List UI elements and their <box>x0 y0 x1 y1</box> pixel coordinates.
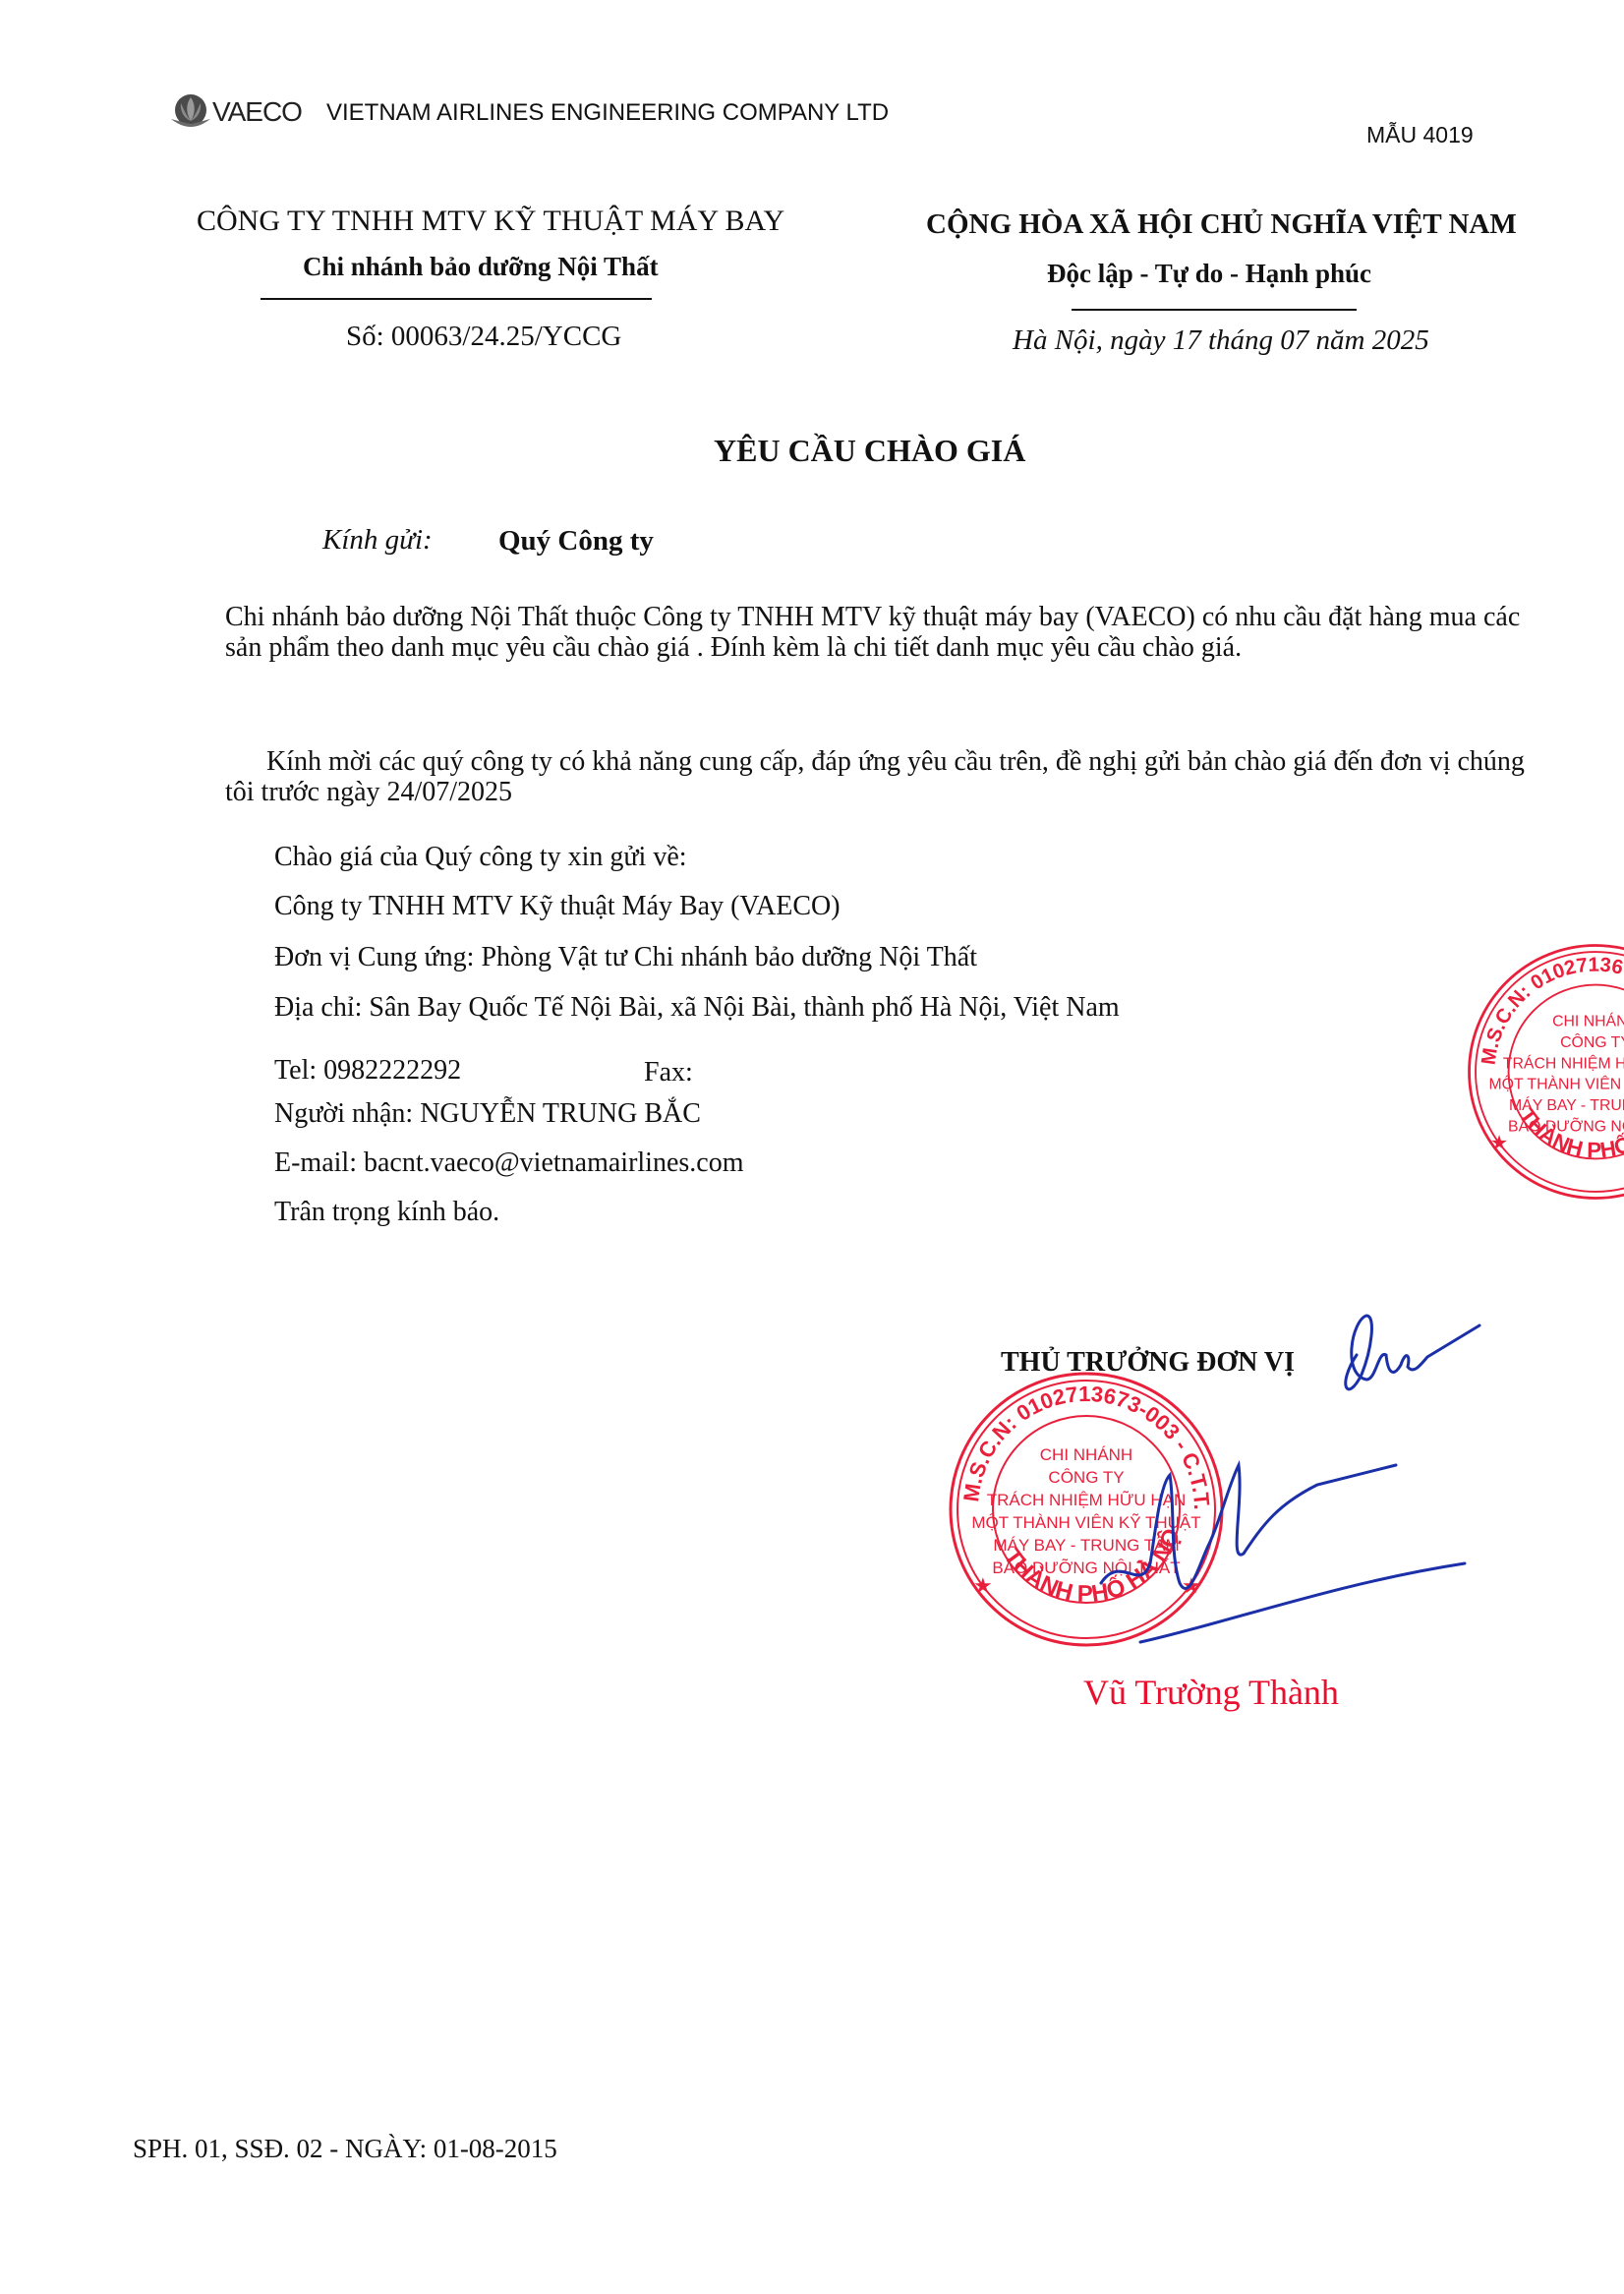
form-code: MẪU 4019 <box>1366 122 1474 148</box>
issuer-org-name: CÔNG TY TNHH MTV KỸ THUẬT MÁY BAY <box>197 205 784 238</box>
svg-text:BẢO DƯỠNG NỘI THẤT: BẢO DƯỠNG NỘI THẤT <box>1508 1116 1624 1136</box>
contact-intro: Chào giá của Quý công ty xin gửi về: <box>274 842 687 873</box>
svg-text:★: ★ <box>973 1573 993 1598</box>
closing-remark: Trân trọng kính báo. <box>274 1197 499 1228</box>
svg-text:MỘT THÀNH VIÊN KỸ THUẬT: MỘT THÀNH VIÊN KỸ THUẬT <box>1488 1074 1624 1093</box>
national-motto: Độc lập - Tự do - Hạnh phúc <box>1047 259 1371 289</box>
contact-department: Đơn vị Cung ứng: Phòng Vật tư Chi nhánh … <box>274 942 977 973</box>
salutation-label: Kính gửi: <box>322 524 433 557</box>
svg-text:CHI NHÁNH: CHI NHÁNH <box>1552 1011 1624 1029</box>
contact-fax: Fax: <box>644 1057 693 1088</box>
handwritten-signature-icon <box>1081 1445 1475 1652</box>
contact-recipient: Người nhận: NGUYỄN TRUNG BẮC <box>274 1098 701 1130</box>
contact-company: Công ty TNHH MTV Kỹ thuật Máy Bay (VAECO… <box>274 891 841 922</box>
contact-email[interactable]: E-mail: bacnt.vaeco@vietnamairlines.com <box>274 1147 744 1179</box>
svg-text:★: ★ <box>1490 1133 1508 1154</box>
contact-address: Địa chỉ: Sân Bay Quốc Tế Nội Bài, xã Nội… <box>274 992 1120 1024</box>
body-paragraph: Chi nhánh bảo dưỡng Nội Thất thuộc Công … <box>225 602 1533 663</box>
document-title: YÊU CẦU CHÀO GIÁ <box>714 433 1025 469</box>
body-paragraph: Kính mời các quý công ty có khả năng cun… <box>225 746 1533 807</box>
company-name-english: VIETNAM AIRLINES ENGINEERING COMPANY LTD <box>326 99 889 127</box>
national-title: CỘNG HÒA XÃ HỘI CHỦ NGHĨA VIỆT NAM <box>926 208 1517 241</box>
svg-text:TRÁCH NHIỆM HỮU HẠN: TRÁCH NHIỆM HỮU HẠN <box>1503 1052 1624 1072</box>
svg-text:MÁY BAY - TRUNG TÂM: MÁY BAY - TRUNG TÂM <box>1509 1095 1624 1114</box>
salutation-recipient: Quý Công ty <box>498 525 654 558</box>
footer-form-code: SPH. 01, SSĐ. 02 - NGÀY: 01-08-2015 <box>133 2134 557 2164</box>
document-number: Số: 00063/24.25/YCCG <box>346 321 621 353</box>
initials-signature-icon <box>1317 1296 1484 1404</box>
svg-text:CÔNG TY: CÔNG TY <box>1560 1032 1624 1051</box>
official-stamp-icon: M.S.C.N: 0102713673-003 - C.T.T.N.H.H TH… <box>1463 939 1624 1205</box>
place-and-date: Hà Nội, ngày 17 tháng 07 năm 2025 <box>1013 324 1429 357</box>
contact-phone: Tel: 0982222292 <box>274 1055 461 1087</box>
issuer-divider <box>261 298 652 300</box>
issuer-branch: Chi nhánh bảo dưỡng Nội Thất <box>303 252 659 282</box>
signer-name: Vũ Trường Thành <box>1083 1672 1339 1713</box>
logo-text: VAECO <box>212 96 302 128</box>
motto-divider <box>1072 309 1357 311</box>
vaeco-logo-icon <box>169 91 212 129</box>
